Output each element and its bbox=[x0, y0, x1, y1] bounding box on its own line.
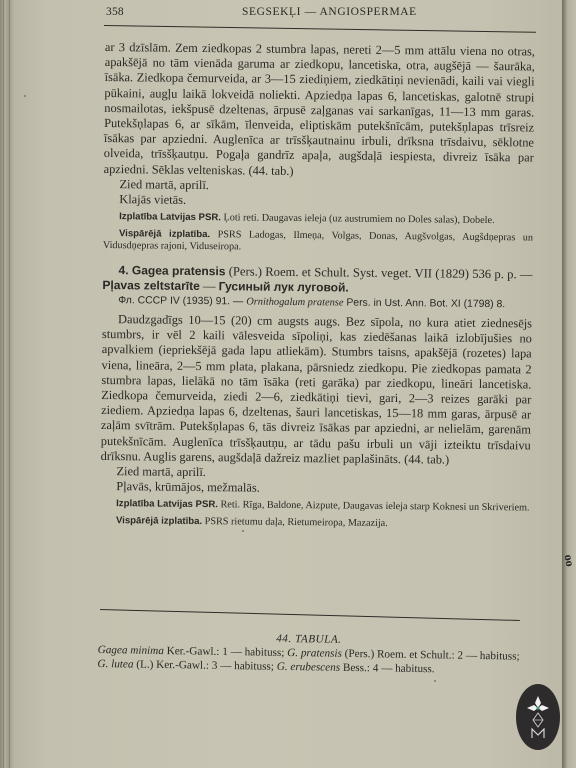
flower-monogram-icon bbox=[523, 692, 553, 742]
species-latin-name: Gagea pratensis bbox=[132, 263, 226, 278]
page-edge-line bbox=[3, 0, 4, 768]
plate-entry-name: G. pratensis bbox=[287, 647, 342, 660]
distribution-general-label: Vispārējā izplatība. bbox=[119, 228, 210, 240]
plate-caption: 44. TABULA. Gagea minima Ker.-Gawl.: 1 —… bbox=[97, 630, 520, 678]
species-distribution-general-label: Vispārējā izplatība. bbox=[116, 515, 202, 527]
distribution-latvia-text: Ļoti reti. Daugavas ieleja (uz austrumie… bbox=[223, 212, 494, 226]
distribution-general: Vispārējā izplatība. PSRS Ladogas, Ilmeņ… bbox=[103, 228, 533, 258]
paper-speck bbox=[434, 680, 436, 682]
species-habitat: Pļavās, krūmājos, mežmalās. bbox=[100, 479, 530, 499]
species-distribution-latvia-text: Reti. Rīga, Baldone, Aizpute, Daugavas i… bbox=[220, 500, 529, 514]
distribution-latvia-label: Izplatība Latvijas PSR. bbox=[119, 211, 221, 223]
species-heading: 4. Gagea pratensis (Pers.) Roem. et Schu… bbox=[102, 263, 532, 298]
book-gutter-left bbox=[0, 0, 14, 768]
page-number: 358 bbox=[106, 6, 124, 18]
heading-dash: — bbox=[203, 279, 216, 293]
margin-mark: oo bbox=[561, 553, 576, 567]
page-body: ar 3 dzīslām. Zem ziedkopas 2 stumbra la… bbox=[100, 40, 535, 532]
paper-speck bbox=[24, 95, 26, 97]
plate-entry-name: G. lutea bbox=[97, 658, 133, 671]
plate-entry-name: Gagea minima bbox=[98, 644, 164, 657]
watermark-logo bbox=[516, 684, 560, 750]
previous-species-description: ar 3 dzīslām. Zem ziedkopas 2 stumbra la… bbox=[104, 40, 535, 181]
species-number: 4. bbox=[119, 263, 129, 277]
plate-entry-text: Bess.: 4 — habituss. bbox=[340, 662, 435, 675]
page-header: 358 SEGSEKĻI — ANGIOSPERMAE bbox=[106, 6, 536, 20]
habitat: Klajās vietās. bbox=[103, 192, 533, 212]
plate-entry-name: G. erubescens bbox=[277, 661, 341, 674]
plate-entry-text: Ker.-Gawl.: 1 — habituss; bbox=[164, 645, 288, 659]
book-gutter-right bbox=[562, 0, 576, 768]
species-distribution-general-text: PSRS rietumu daļa, Rietumeiropa, Mazazij… bbox=[205, 516, 388, 529]
paper-speck bbox=[242, 530, 244, 532]
species-description: Daudzgadīgs 10—15 (20) cm augsts augs. B… bbox=[101, 312, 533, 469]
running-title: SEGSEKĻI — ANGIOSPERMAE bbox=[242, 6, 417, 18]
species-authority: (Pers.) Roem. et Schult. Syst. veget. VI… bbox=[229, 264, 533, 281]
species-distribution-latvia: Izplatība Latvijas PSR. Reti. Rīga, Bald… bbox=[100, 498, 530, 515]
distribution-latvia: Izplatība Latvijas PSR. Ļoti reti. Dauga… bbox=[103, 211, 533, 228]
species-distribution-latvia-label: Izplatība Latvijas PSR. bbox=[116, 499, 218, 511]
page-edge-line bbox=[9, 0, 10, 768]
plate-entry-text: (Pers.) Roem. et Schult.: 2 — habituss; bbox=[342, 648, 520, 663]
ref-suffix: Pers. in Ust. Ann. Bot. XI (1798) 8. bbox=[346, 298, 505, 311]
ref-synonym: Ornithogalum pratense bbox=[246, 297, 343, 309]
plate-entry-text: (L.) Ker.-Gawl.: 3 — habituss; bbox=[133, 658, 276, 672]
species-russian-name: Гусиный лук луговой. bbox=[219, 279, 349, 294]
species-latvian-name: Pļavas zeltstarīte bbox=[102, 278, 200, 293]
ref-prefix: Фл. СССР IV (1935) 91. — bbox=[118, 296, 243, 308]
